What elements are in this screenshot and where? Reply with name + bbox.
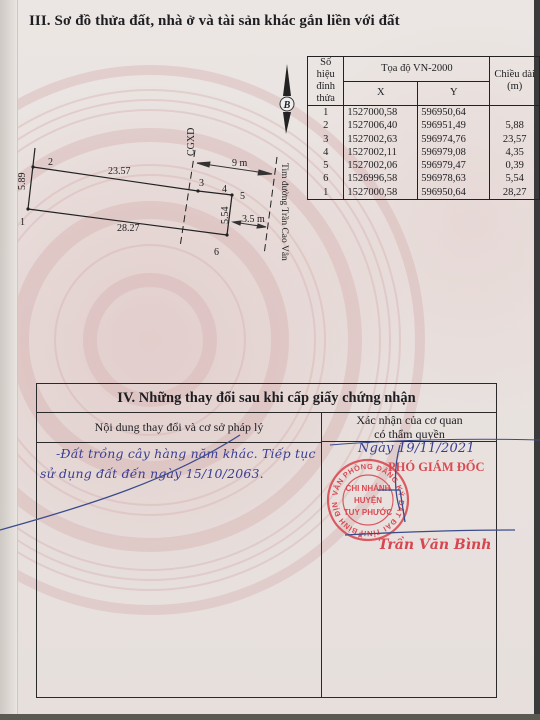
section-iv-title: IV. Những thay đổi sau khi cấp giấy chứn… xyxy=(37,384,496,413)
handwritten-change-line2: sử dụng đất đến ngày 15/10/2063. xyxy=(40,466,264,481)
svg-text:3.5 m: 3.5 m xyxy=(242,214,265,225)
svg-text:5.89: 5.89 xyxy=(17,173,28,191)
svg-text:CGXD: CGXD xyxy=(186,128,197,156)
svg-text:5.54: 5.54 xyxy=(220,207,231,225)
header-change-content: Nội dung thay đổi và cơ sở pháp lý xyxy=(37,412,321,443)
svg-text:1: 1 xyxy=(20,217,25,228)
svg-text:9 m: 9 m xyxy=(232,158,248,169)
svg-text:2: 2 xyxy=(48,157,53,168)
svg-text:3: 3 xyxy=(199,178,204,189)
handwritten-change-line1: -Đất trồng cây hàng năm khác. Tiếp tục xyxy=(56,446,316,461)
column-divider xyxy=(321,442,322,698)
svg-text:6: 6 xyxy=(214,247,219,258)
svg-text:B: B xyxy=(283,100,291,111)
svg-text:23.57: 23.57 xyxy=(108,166,131,177)
north-arrow-icon: B xyxy=(280,64,294,134)
parcel-sketch: B 1 2 3 4 5 6 23.57 28.27 5.89 5.54 9 m … xyxy=(0,0,540,300)
svg-text:28.27: 28.27 xyxy=(117,223,140,234)
handwritten-date: Ngày 19/11/2021 xyxy=(358,441,475,456)
header-authority-line2: có thẩm quyền xyxy=(374,427,445,441)
stamp-title: PHÓ GIÁM ĐỐC xyxy=(388,460,485,475)
header-authority-confirmation: Xác nhận của cơ quan có thẩm quyền xyxy=(321,412,497,442)
svg-text:Tim đường Trần Cao Vân: Tim đường Trần Cao Vân xyxy=(279,163,290,261)
page-edge-shadow-bottom xyxy=(0,714,540,720)
signer-name: Trần Văn Bình xyxy=(378,537,491,553)
header-authority-line1: Xác nhận của cơ quan xyxy=(356,413,462,427)
svg-text:4: 4 xyxy=(222,184,227,195)
svg-text:5: 5 xyxy=(240,191,245,202)
